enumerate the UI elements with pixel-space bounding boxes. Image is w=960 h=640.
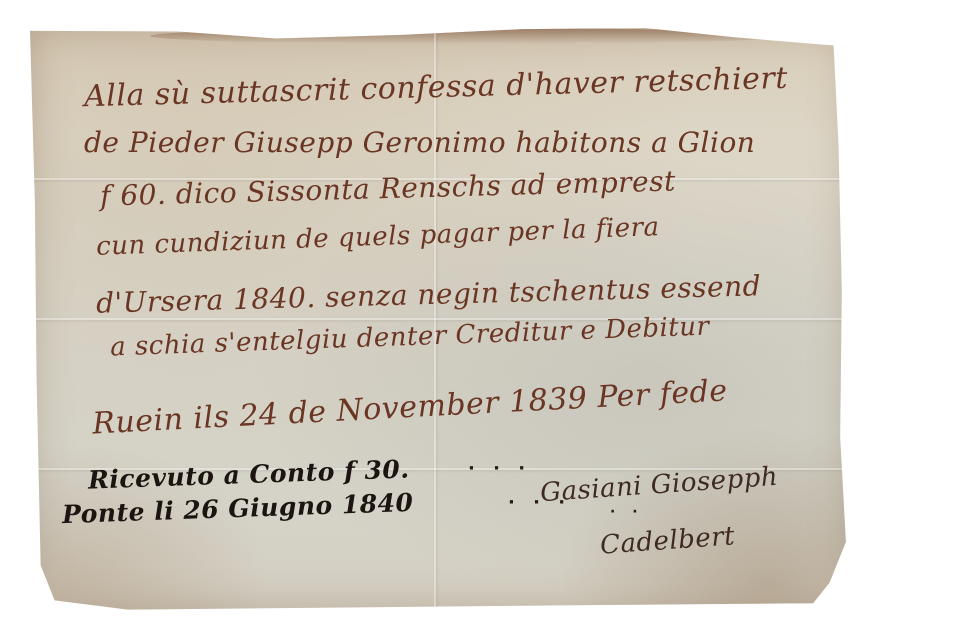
ink-dots: · · (610, 504, 644, 520)
ink-dots: · · · (468, 458, 531, 479)
image-canvas: Alla sù suttascrit confessa d'haver rets… (0, 0, 960, 640)
handwritten-line-2: de Pieder Giusepp Geronimo habitons a Gl… (84, 126, 755, 159)
fold-crease-horizontal (30, 318, 850, 320)
fold-crease-vertical (434, 28, 436, 612)
water-stain (150, 28, 790, 44)
